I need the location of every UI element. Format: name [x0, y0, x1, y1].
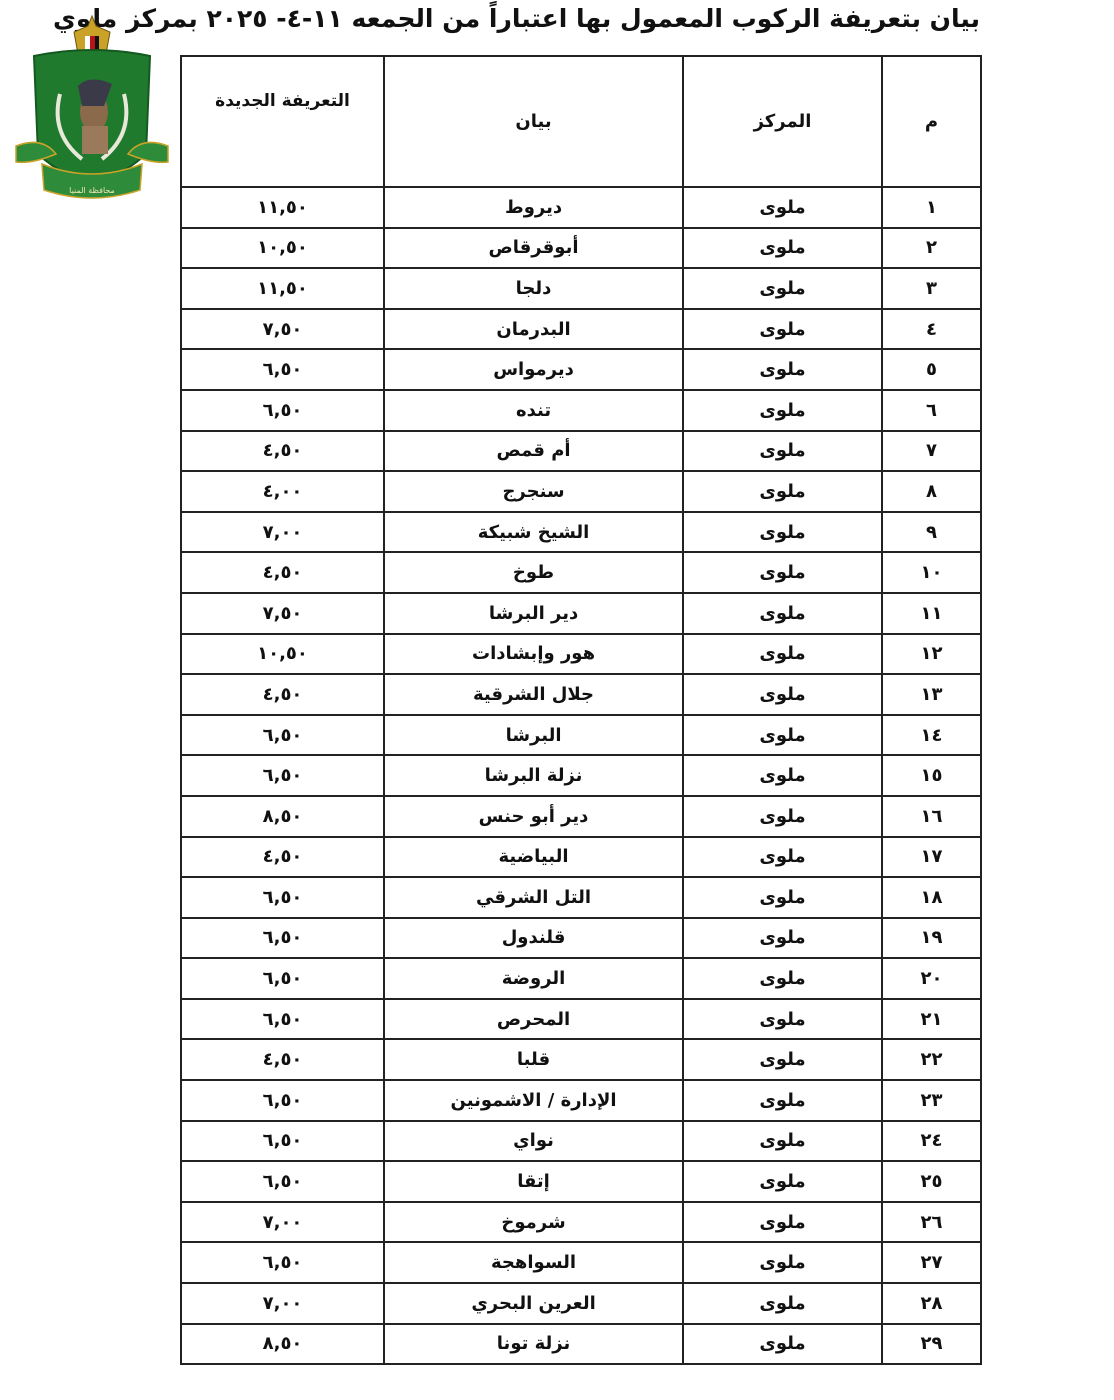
cell-num: ٢١ [882, 999, 981, 1040]
cell-fare: ٦,٥٠ [181, 1242, 384, 1283]
cell-center: ملوى [683, 1202, 882, 1243]
cell-num: ٧ [882, 431, 981, 472]
logo-caption: محافظة المنيا [52, 186, 132, 195]
cell-center: ملوى [683, 1080, 882, 1121]
cell-center: ملوى [683, 634, 882, 675]
table-row: ٢٤ملوىنواي٦,٥٠ [181, 1121, 981, 1162]
cell-desc: جلال الشرقية [384, 674, 683, 715]
cell-fare: ٧,٠٠ [181, 1202, 384, 1243]
cell-fare: ٧,٥٠ [181, 593, 384, 634]
cell-fare: ١١,٥٠ [181, 268, 384, 309]
table-row: ١٣ملوىجلال الشرقية٤,٥٠ [181, 674, 981, 715]
cell-fare: ٤,٥٠ [181, 552, 384, 593]
cell-desc: دلجا [384, 268, 683, 309]
table-header-row: م المركز بيان التعريفة الجديدة [181, 56, 981, 187]
cell-fare: ٧,٠٠ [181, 512, 384, 553]
cell-fare: ٦,٥٠ [181, 999, 384, 1040]
cell-fare: ١٠,٥٠ [181, 228, 384, 269]
cell-desc: نواي [384, 1121, 683, 1162]
table-row: ١٥ملوىنزلة البرشا٦,٥٠ [181, 755, 981, 796]
cell-num: ١٦ [882, 796, 981, 837]
cell-num: ٩ [882, 512, 981, 553]
cell-center: ملوى [683, 512, 882, 553]
cell-desc: المحرص [384, 999, 683, 1040]
cell-num: ٢٧ [882, 1242, 981, 1283]
cell-desc: دير البرشا [384, 593, 683, 634]
cell-num: ٢٨ [882, 1283, 981, 1324]
cell-desc: قلبا [384, 1039, 683, 1080]
table-row: ٧ملوىأم قمص٤,٥٠ [181, 431, 981, 472]
cell-num: ٦ [882, 390, 981, 431]
cell-num: ٢٥ [882, 1161, 981, 1202]
table-row: ١٨ملوىالتل الشرقي٦,٥٠ [181, 877, 981, 918]
cell-fare: ٤,٠٠ [181, 471, 384, 512]
cell-fare: ٦,٥٠ [181, 715, 384, 756]
header-fare: التعريفة الجديدة [181, 56, 384, 187]
cell-center: ملوى [683, 918, 882, 959]
cell-num: ١ [882, 187, 981, 228]
cell-desc: هور وإبشادات [384, 634, 683, 675]
cell-num: ٢ [882, 228, 981, 269]
cell-center: ملوى [683, 958, 882, 999]
cell-fare: ٦,٥٠ [181, 349, 384, 390]
table-row: ١٤ملوىالبرشا٦,٥٠ [181, 715, 981, 756]
table-row: ١٩ملوىقلندول٦,٥٠ [181, 918, 981, 959]
cell-desc: شرموخ [384, 1202, 683, 1243]
cell-desc: نزلة تونا [384, 1324, 683, 1365]
cell-desc: ديروط [384, 187, 683, 228]
cell-num: ٢٢ [882, 1039, 981, 1080]
cell-center: ملوى [683, 1121, 882, 1162]
cell-center: ملوى [683, 674, 882, 715]
table-row: ٢ملوىأبوقرقاص١٠,٥٠ [181, 228, 981, 269]
cell-desc: سنجرج [384, 471, 683, 512]
cell-center: ملوى [683, 715, 882, 756]
cell-num: ٢٤ [882, 1121, 981, 1162]
cell-fare: ٧,٠٠ [181, 1283, 384, 1324]
cell-num: ١١ [882, 593, 981, 634]
cell-desc: الإدارة / الاشمونين [384, 1080, 683, 1121]
cell-desc: أبوقرقاص [384, 228, 683, 269]
cell-center: ملوى [683, 228, 882, 269]
cell-num: ١٥ [882, 755, 981, 796]
cell-fare: ٦,٥٠ [181, 755, 384, 796]
cell-fare: ٤,٥٠ [181, 1039, 384, 1080]
cell-center: ملوى [683, 1039, 882, 1080]
cell-desc: إتقا [384, 1161, 683, 1202]
cell-center: ملوى [683, 877, 882, 918]
cell-num: ١٣ [882, 674, 981, 715]
table-row: ٩ملوىالشيخ شبيكة٧,٠٠ [181, 512, 981, 553]
cell-fare: ٦,٥٠ [181, 390, 384, 431]
table-row: ٢٦ملوىشرموخ٧,٠٠ [181, 1202, 981, 1243]
cell-num: ١٩ [882, 918, 981, 959]
cell-center: ملوى [683, 431, 882, 472]
table-row: ١٠ملوىطوخ٤,٥٠ [181, 552, 981, 593]
cell-center: ملوى [683, 593, 882, 634]
cell-desc: البياضية [384, 837, 683, 878]
table-row: ٢٧ملوىالسواهجة٦,٥٠ [181, 1242, 981, 1283]
table-row: ٤ملوىالبدرمان٧,٥٠ [181, 309, 981, 350]
cell-desc: تنده [384, 390, 683, 431]
cell-desc: التل الشرقي [384, 877, 683, 918]
cell-fare: ٦,٥٠ [181, 877, 384, 918]
cell-center: ملوى [683, 1242, 882, 1283]
cell-fare: ٦,٥٠ [181, 1121, 384, 1162]
cell-desc: البدرمان [384, 309, 683, 350]
cell-fare: ٦,٥٠ [181, 1161, 384, 1202]
header-center: المركز [683, 56, 882, 187]
cell-num: ٢٦ [882, 1202, 981, 1243]
table-row: ٢٣ملوىالإدارة / الاشمونين٦,٥٠ [181, 1080, 981, 1121]
cell-fare: ٦,٥٠ [181, 958, 384, 999]
cell-num: ١٨ [882, 877, 981, 918]
cell-desc: طوخ [384, 552, 683, 593]
cell-num: ٤ [882, 309, 981, 350]
cell-fare: ١١,٥٠ [181, 187, 384, 228]
table-row: ١ملوىديروط١١,٥٠ [181, 187, 981, 228]
cell-center: ملوى [683, 796, 882, 837]
cell-center: ملوى [683, 1161, 882, 1202]
table-row: ١٧ملوىالبياضية٤,٥٠ [181, 837, 981, 878]
cell-num: ٨ [882, 471, 981, 512]
cell-num: ٥ [882, 349, 981, 390]
table-row: ٦ملوىتنده٦,٥٠ [181, 390, 981, 431]
cell-num: ٢٩ [882, 1324, 981, 1365]
cell-center: ملوى [683, 1324, 882, 1365]
table-row: ٥ملوىديرمواس٦,٥٠ [181, 349, 981, 390]
cell-center: ملوى [683, 471, 882, 512]
cell-fare: ٤,٥٠ [181, 431, 384, 472]
cell-center: ملوى [683, 187, 882, 228]
table-row: ١٢ملوىهور وإبشادات١٠,٥٠ [181, 634, 981, 675]
cell-num: ١٧ [882, 837, 981, 878]
cell-num: ١٤ [882, 715, 981, 756]
cell-desc: ديرمواس [384, 349, 683, 390]
cell-desc: الروضة [384, 958, 683, 999]
cell-desc: العرين البحري [384, 1283, 683, 1324]
table-body: ١ملوىديروط١١,٥٠٢ملوىأبوقرقاص١٠,٥٠٣ملوىدل… [181, 187, 981, 1364]
header-desc: بيان [384, 56, 683, 187]
document-title: بيان بتعريفة الركوب المعمول بها اعتباراً… [180, 4, 980, 33]
cell-center: ملوى [683, 390, 882, 431]
cell-center: ملوى [683, 268, 882, 309]
cell-fare: ٨,٥٠ [181, 796, 384, 837]
cell-fare: ٤,٥٠ [181, 837, 384, 878]
cell-fare: ١٠,٥٠ [181, 634, 384, 675]
cell-desc: الشيخ شبيكة [384, 512, 683, 553]
cell-fare: ٧,٥٠ [181, 309, 384, 350]
header-num: م [882, 56, 981, 187]
cell-fare: ٦,٥٠ [181, 918, 384, 959]
cell-center: ملوى [683, 309, 882, 350]
governorate-emblem-icon: محافظة المنيا [12, 14, 172, 214]
table-row: ١١ملوىدير البرشا٧,٥٠ [181, 593, 981, 634]
cell-desc: البرشا [384, 715, 683, 756]
cell-center: ملوى [683, 755, 882, 796]
table-row: ٢٠ملوىالروضة٦,٥٠ [181, 958, 981, 999]
cell-center: ملوى [683, 349, 882, 390]
cell-fare: ٨,٥٠ [181, 1324, 384, 1365]
table-row: ٢٨ملوىالعرين البحري٧,٠٠ [181, 1283, 981, 1324]
table-row: ٨ملوىسنجرج٤,٠٠ [181, 471, 981, 512]
cell-center: ملوى [683, 1283, 882, 1324]
cell-num: ٣ [882, 268, 981, 309]
table-row: ٢٥ملوىإتقا٦,٥٠ [181, 1161, 981, 1202]
cell-desc: نزلة البرشا [384, 755, 683, 796]
table-row: ٢١ملوىالمحرص٦,٥٠ [181, 999, 981, 1040]
cell-center: ملوى [683, 837, 882, 878]
cell-center: ملوى [683, 552, 882, 593]
cell-num: ١٠ [882, 552, 981, 593]
cell-fare: ٤,٥٠ [181, 674, 384, 715]
table-row: ٢٩ملوىنزلة تونا٨,٥٠ [181, 1324, 981, 1365]
cell-desc: السواهجة [384, 1242, 683, 1283]
table-row: ١٦ملوىدير أبو حنس٨,٥٠ [181, 796, 981, 837]
cell-num: ٢٠ [882, 958, 981, 999]
fare-table: م المركز بيان التعريفة الجديدة ١ملوىديرو… [180, 55, 982, 1365]
cell-desc: دير أبو حنس [384, 796, 683, 837]
table-row: ٣ملوىدلجا١١,٥٠ [181, 268, 981, 309]
cell-desc: قلندول [384, 918, 683, 959]
cell-center: ملوى [683, 999, 882, 1040]
cell-desc: أم قمص [384, 431, 683, 472]
table-row: ٢٢ملوىقلبا٤,٥٠ [181, 1039, 981, 1080]
cell-num: ٢٣ [882, 1080, 981, 1121]
cell-fare: ٦,٥٠ [181, 1080, 384, 1121]
cell-num: ١٢ [882, 634, 981, 675]
